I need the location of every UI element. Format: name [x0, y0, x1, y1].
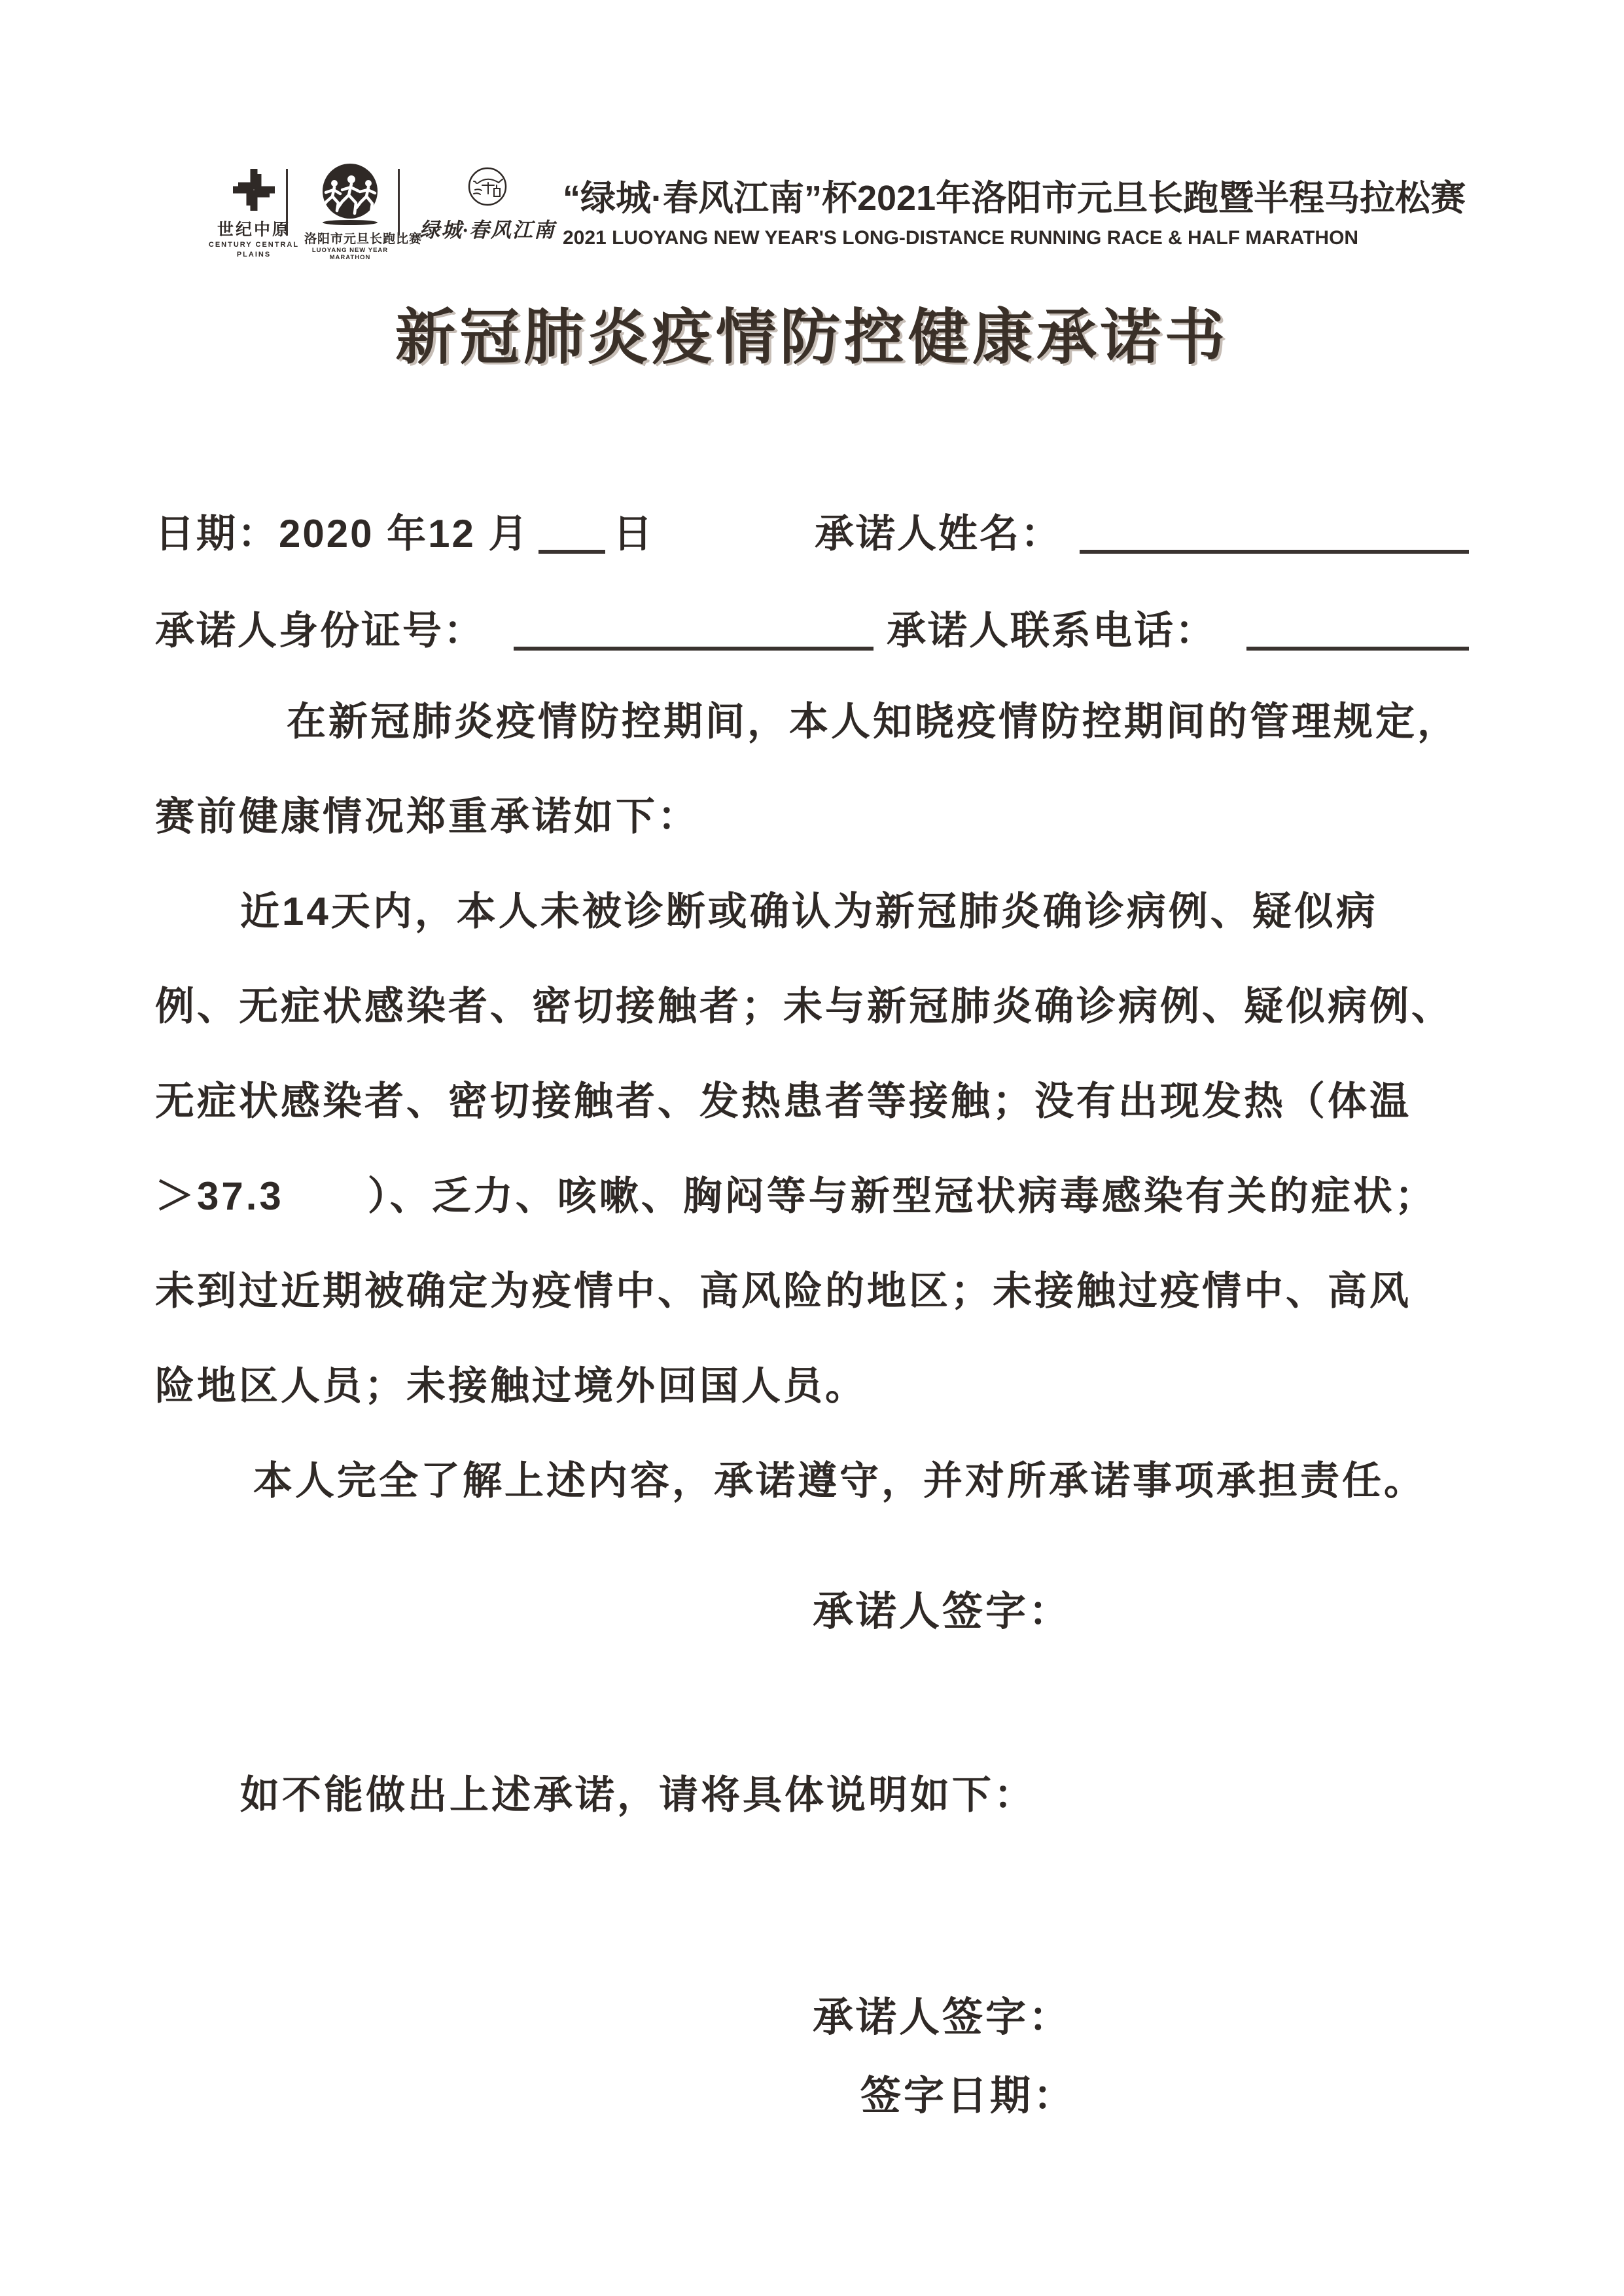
id-and-phone-row: 承诺人身份证号： 承诺人联系电话： — [155, 600, 1470, 652]
logo1-en-name-line2: PLAINS — [208, 250, 300, 260]
header-divider — [286, 169, 288, 236]
body-line: 险地区人员；未接触过境外回国人员。 — [155, 1338, 1473, 1433]
signature-label-2: 承诺人签字： — [813, 1984, 1072, 2043]
date-suffix: 日 — [613, 503, 654, 559]
date-and-name-row: 日期：2020 年12 月 日 承诺人姓名： — [155, 503, 1470, 555]
phone-blank-field — [1246, 607, 1469, 651]
logo3-cn-name: 绿城·春风江南 — [419, 213, 556, 243]
body-line: ＞37.3 ）、乏力、咳嗽、胸闷等与新型冠状病毒感染有关的症状； — [155, 1149, 1473, 1244]
document-title: 新冠肺炎疫情防控健康承诺书 — [0, 289, 1624, 376]
century-central-plains-icon — [229, 165, 279, 215]
commitment-body: 在新冠肺炎疫情防控期间，本人知晓疫情防控期间的管理规定， 赛前健康情况郑重承诺如… — [155, 674, 1473, 1528]
date-day-blank-field — [538, 511, 605, 554]
date-label: 日期：2020 年12 月 — [155, 503, 530, 559]
header-divider — [398, 169, 400, 236]
body-line: 赛前健康情况郑重承诺如下： — [155, 769, 1473, 864]
name-label: 承诺人姓名： — [815, 503, 1062, 559]
runners-icon — [319, 162, 381, 228]
id-label: 承诺人身份证号： — [155, 600, 485, 656]
body-line: 无症状感染者、密切接触者、发热患者等接触；没有出现发热（体温 — [155, 1054, 1473, 1149]
body-line: 本人完全了解上述内容，承诺遵守，并对所承诺事项承担责任。 — [155, 1433, 1473, 1528]
logo2-cn-name: 洛阳市元旦长跑比赛 — [304, 229, 396, 247]
health-commitment-form-page: 世纪中原 CENTURY CENTRAL PLAINS — [0, 0, 1624, 2296]
signature-label-1: 承诺人签字： — [813, 1579, 1072, 1637]
luoyang-marathon-logo: 洛阳市元旦长跑比赛 LUOYANG NEW YEAR MARATHON — [304, 162, 396, 261]
name-blank-field — [1080, 511, 1469, 554]
race-title-block: “绿城·春风江南”杯2021年洛阳市元旦长跑暨半程马拉松赛 2021 LUOYA… — [563, 170, 1466, 249]
body-line: 例、无症状感染者、密切接触者；未与新冠肺炎确诊病例、疑似病例、 — [155, 959, 1473, 1054]
exception-note-line: 如不能做出上述承诺，请将具体说明如下： — [240, 1764, 1036, 1820]
lvcheng-chunfeng-logo: 绿城·春风江南 — [419, 165, 556, 243]
body-line: 近14天内，本人未被诊断或确认为新冠肺炎确诊病例、疑似病 — [155, 864, 1473, 959]
logo1-en-name-line1: CENTURY CENTRAL — [208, 240, 300, 250]
body-line: 在新冠肺炎疫情防控期间，本人知晓疫情防控期间的管理规定， — [155, 674, 1473, 769]
phone-label: 承诺人联系电话： — [887, 600, 1216, 656]
logo2-en-name: LUOYANG NEW YEAR MARATHON — [304, 247, 396, 261]
body-line: 未到过近期被确定为疫情中、高风险的地区；未接触过疫情中、高风 — [155, 1244, 1473, 1338]
id-blank-field — [514, 607, 874, 651]
race-title-english: 2021 LUOYANG NEW YEAR'S LONG-DISTANCE RU… — [563, 227, 1466, 249]
race-title-chinese: “绿城·春风江南”杯2021年洛阳市元旦长跑暨半程马拉松赛 — [563, 170, 1466, 221]
signature-date-label: 签字日期： — [860, 2063, 1076, 2121]
pavilion-seal-icon — [465, 165, 510, 211]
